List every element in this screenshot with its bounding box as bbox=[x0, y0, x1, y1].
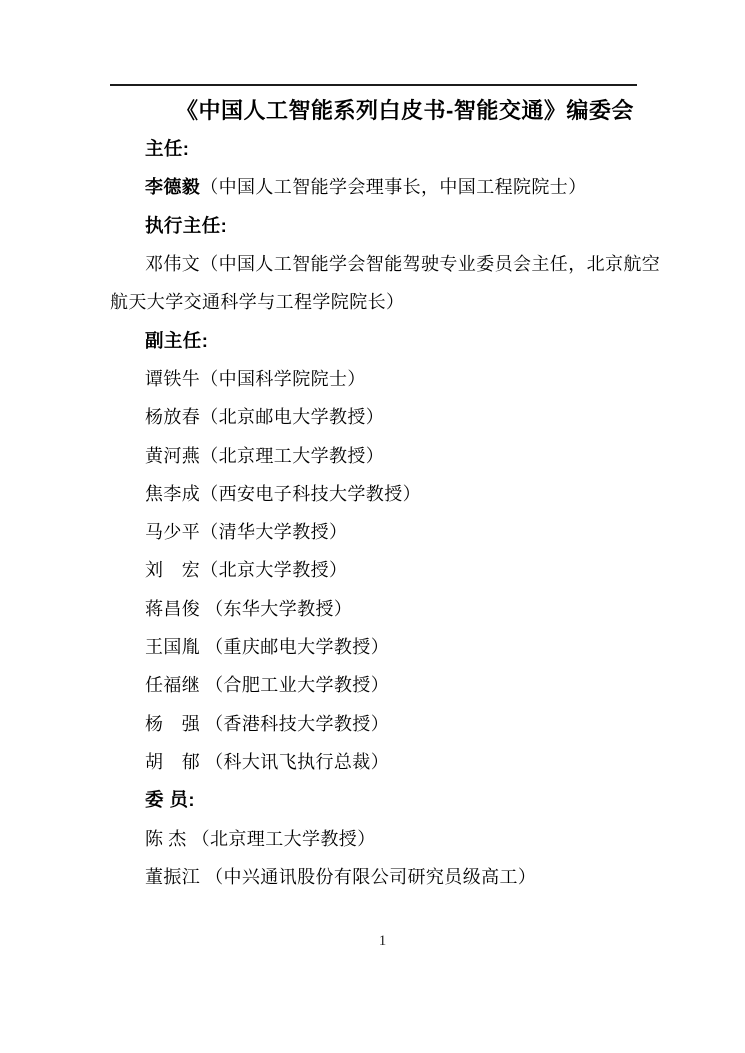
member-entry: 王国胤 （重庆邮电大学教授） bbox=[110, 628, 745, 666]
document-title: 《中国人工智能系列白皮书-智能交通》编委会 bbox=[176, 94, 634, 125]
member-entry: 焦李成（西安电子科技大学教授） bbox=[110, 475, 745, 513]
member-entry: 邓伟文（中国人工智能学会智能驾驶专业委员会主任，北京航空 bbox=[110, 245, 745, 283]
section-heading-deputy-directors: 副主任: bbox=[110, 322, 745, 360]
member-entry: 刘 宏（北京大学教授） bbox=[110, 551, 745, 589]
member-entry: 蒋昌俊 （东华大学教授） bbox=[110, 590, 745, 628]
member-entry: 胡 郁 （科大讯飞执行总裁） bbox=[110, 743, 745, 781]
member-entry: 马少平（清华大学教授） bbox=[110, 513, 745, 551]
member-entry: 李德毅（中国人工智能学会理事长，中国工程院院士） bbox=[110, 168, 745, 206]
member-entry: 黄河燕（北京理工大学教授） bbox=[110, 437, 745, 475]
page-number: 1 bbox=[0, 933, 745, 950]
member-entry: 杨放春（北京邮电大学教授） bbox=[110, 398, 745, 436]
member-name: 李德毅 bbox=[145, 177, 200, 197]
section-heading-members: 委 员: bbox=[110, 781, 745, 819]
member-entry: 陈 杰 （北京理工大学教授） bbox=[110, 820, 745, 858]
member-entry: 谭铁牛（中国科学院院士） bbox=[110, 360, 745, 398]
header-rule bbox=[110, 84, 637, 86]
member-entry-wrap: 航天大学交通科学与工程学院院长） bbox=[110, 283, 745, 321]
document-page: 《中国人工智能系列白皮书-智能交通》编委会 主任: 李德毅（中国人工智能学会理事… bbox=[0, 0, 745, 1053]
section-heading-director: 主任: bbox=[110, 130, 745, 168]
member-entry: 任福继 （合肥工业大学教授） bbox=[110, 666, 745, 704]
member-entry: 杨 强 （香港科技大学教授） bbox=[110, 705, 745, 743]
member-entry: 董振江 （中兴通讯股份有限公司研究员级高工） bbox=[110, 858, 745, 896]
committee-list: 主任: 李德毅（中国人工智能学会理事长，中国工程院院士） 执行主任: 邓伟文（中… bbox=[110, 130, 745, 896]
member-affiliation: （中国人工智能学会理事长，中国工程院院士） bbox=[200, 177, 586, 197]
section-heading-executive-director: 执行主任: bbox=[110, 207, 745, 245]
